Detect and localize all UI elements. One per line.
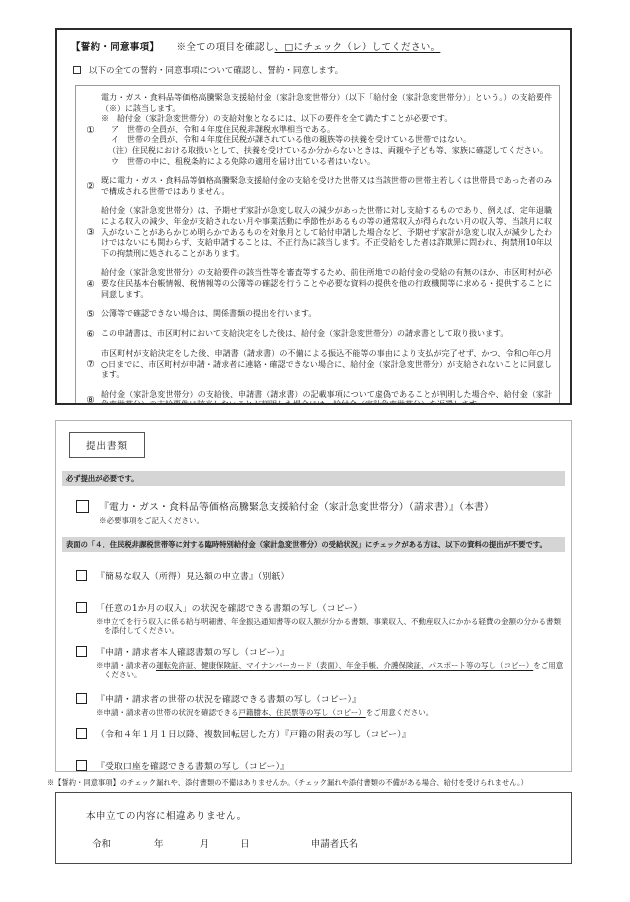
pledge-header: 【誓約・同意事項】 ※全ての項目を確認し、□にチェック（レ）してください。	[71, 39, 562, 53]
pledge-item-7-text: 市区町村が支給決定をした後、申請書（請求書）の不備による振込不能等の事由により支…	[101, 349, 552, 381]
doc-item-2-body: 「任意の1か月の収入」の状況を確認できる書類の写し（コピー） ※申立てを行う収入…	[96, 601, 565, 636]
doc-item-2: 「任意の1か月の収入」の状況を確認できる書類の写し（コピー） ※申立てを行う収入…	[76, 601, 565, 636]
doc-item-3-note: ※申請・請求者の運転免許証、健康保険証、マイナンバーカード（表面）、年金手帳、介…	[96, 661, 565, 680]
year-label: 年	[154, 836, 164, 850]
doc-item-6-label: 『受取口座を確認できる書類の写し（コピー）』	[96, 759, 565, 772]
declaration-text: 本申立ての内容に相違ありません。	[86, 808, 571, 822]
doc-item-2-checkbox[interactable]	[76, 602, 87, 613]
pledge-item-5-number: ⑤	[80, 309, 101, 320]
pledge-title: 【誓約・同意事項】	[71, 42, 159, 53]
doc-item-3-label: 『申請・請求者本人確認書類の写し（コピー）』	[96, 645, 565, 658]
pledge-item-6: ⑥ この申請書は、市区町村において支給決定をした後は、給付金（家計急変世帯分）の…	[80, 329, 552, 340]
doc-item-5-checkbox[interactable]	[76, 728, 87, 739]
doc-item-4-label: 『申請・請求者の世帯の状況を確認できる書類の写し（コピー）』	[96, 692, 565, 705]
pledge-item-1-line-1: 電力・ガス・食料品等価格高騰緊急支援給付金（家計急変世帯分）（以下「給付金（家計…	[101, 93, 552, 114]
doc-item-3-body: 『申請・請求者本人確認書類の写し（コピー）』 ※申請・請求者の運転免許証、健康保…	[96, 645, 565, 680]
pledge-item-2-text: 既に電力・ガス・食料品等価格高騰緊急支援給付金の支給を受けた世帯又は当該世帯の世…	[101, 176, 552, 197]
pledge-item-6-number: ⑥	[80, 329, 101, 340]
doc-item-5-body: （令和４年１月１日以降、複数回転居した方）『戸籍の附表の写し（コピー）』	[96, 727, 565, 740]
doc-item-6-checkbox[interactable]	[76, 760, 87, 771]
pledge-instruction-underlined: 、□にチェック（レ）してください。	[275, 42, 441, 53]
doc-main-checkbox[interactable]	[76, 500, 89, 513]
pledge-item-1-line-3: ア 世帯の全員が、令和４年度住民税非課税水準相当である。	[101, 125, 552, 136]
pledge-item-1-line-5: （注）住民税における取扱いとして、扶養を受けているか分からないときは、両親や子ど…	[101, 146, 552, 157]
date-signature-row: 令和 年 月 日 申請者氏名	[86, 836, 571, 850]
pledge-item-1-line-4: イ 世帯の全員が、令和４年度住民税が課されている他の親族等の扶養を受けている世帯…	[101, 135, 552, 146]
doc-item-4-body: 『申請・請求者の世帯の状況を確認できる書類の写し（コピー）』 ※申請・請求者の世…	[96, 692, 565, 718]
submission-documents-section: 提出書類 必ず提出が必要です。 『電力・ガス・食料品等価格高騰緊急支援給付金（家…	[55, 420, 572, 772]
pledge-item-4-number: ④	[80, 279, 101, 290]
doc-item-1-checkbox[interactable]	[76, 570, 87, 581]
doc-item-5-label: （令和４年１月１日以降、複数回転居した方）『戸籍の附表の写し（コピー）』	[96, 727, 565, 740]
submission-documents-label: 提出書類	[69, 432, 145, 458]
doc-main-note: ※必要事項をご記入ください。	[99, 516, 565, 526]
pledge-agreement-section: 【誓約・同意事項】 ※全ての項目を確認し、□にチェック（レ）してください。 以下…	[55, 28, 572, 405]
doc-item-2-note: ※申立てを行う収入に係る給与明細書、年金振込通知書等の収入額が分かる書類、事業収…	[96, 617, 565, 636]
doc-item-main: 『電力・ガス・食料品等価格高騰緊急支援給付金（家計急変世帯分）（請求書）』（本書…	[76, 499, 565, 526]
pledge-consent-text: 以下の全ての誓約・同意事項について確認し、誓約・同意します。	[89, 64, 343, 76]
pledge-item-2: ② 既に電力・ガス・食料品等価格高騰緊急支援給付金の支給を受けた世帯又は当該世帯…	[80, 176, 552, 197]
pledge-item-3: ③ 給付金（家計急変世帯分）は、予期せず家計が急変し収入の減少があった世帯に対し…	[80, 206, 552, 259]
pledge-item-8: ⑧ 給付金（家計急変世帯分）の支給後、申請書（請求書）の記載事項について虚偽であ…	[80, 390, 552, 405]
era-label: 令和	[92, 836, 111, 850]
doc-item-4-note-underlined: 戸籍謄本、住民票等の写し（コピー）	[239, 708, 366, 717]
doc-item-4-note: ※申請・請求者の世帯の状況を確認できる戸籍謄本、住民票等の写し（コピー）をご用意…	[96, 708, 565, 718]
pledge-item-3-text: 給付金（家計急変世帯分）は、予期せず家計が急変し収入の減少があった世帯に対し支給…	[101, 206, 552, 259]
pledge-item-1-line-6: ウ 世帯の中に、租税条約による免除の適用を届け出ている者はいない。	[101, 157, 552, 168]
pledge-item-1: ① 電力・ガス・食料品等価格高騰緊急支援給付金（家計急変世帯分）（以下「給付金（…	[80, 93, 552, 167]
pledge-item-2-number: ②	[80, 181, 101, 192]
pledge-item-4: ④ 給付金（家計急変世帯分）の支給要件の該当性等を審査等するため、前住所地での給…	[80, 268, 552, 300]
required-documents-bar: 必ず提出が必要です。	[62, 471, 565, 486]
footer-warning-text: ※【誓約・同意事項】のチェック漏れや、添付書類の不備はありませんか。（チェック漏…	[47, 778, 607, 788]
pledge-consent-checkbox[interactable]	[73, 66, 81, 74]
pledge-item-7: ⑦ 市区町村が支給決定をした後、申請書（請求書）の不備による振込不能等の事由によ…	[80, 349, 552, 381]
applicant-name-label: 申請者氏名	[311, 836, 359, 850]
month-label: 月	[200, 836, 210, 850]
doc-item-3-note-underlined: 運転免許証、健康保険証、マイナンバーカード（表面）、年金手帳、介護保険証、パスポ…	[156, 661, 533, 670]
doc-item-1-body: 『簡易な収入（所得）見込額の申立書』（別紙）	[96, 569, 565, 582]
doc-item-4-checkbox[interactable]	[76, 693, 87, 704]
pledge-item-8-text: 給付金（家計急変世帯分）の支給後、申請書（請求書）の記載事項について虚偽であるこ…	[101, 390, 552, 405]
doc-item-3-checkbox[interactable]	[76, 646, 87, 657]
pledge-item-6-text: この申請書は、市区町村において支給決定をした後は、給付金（家計急変世帯分）の請求…	[101, 329, 552, 340]
pledge-item-1-number: ①	[80, 125, 101, 136]
pledge-item-7-number: ⑦	[80, 359, 101, 370]
pledge-item-4-text: 給付金（家計急変世帯分）の支給要件の該当性等を審査等するため、前住所地での給付金…	[101, 268, 552, 300]
application-form-page: { "pledge": { "title": "【誓約・同意事項】", "ins…	[0, 0, 630, 902]
doc-main-body: 『電力・ガス・食料品等価格高騰緊急支援給付金（家計急変世帯分）（請求書）』（本書…	[99, 499, 565, 526]
doc-item-2-label: 「任意の1か月の収入」の状況を確認できる書類の写し（コピー）	[96, 601, 565, 614]
doc-main-label: 『電力・ガス・食料品等価格高騰緊急支援給付金（家計急変世帯分）（請求書）』（本書…	[99, 499, 565, 513]
doc-item-3: 『申請・請求者本人確認書類の写し（コピー）』 ※申請・請求者の運転免許証、健康保…	[76, 645, 565, 680]
pledge-item-1-line-2: ※ 給付金（家計急変世帯分）の支給対象となるには、以下の要件を全て満たすことが必…	[101, 114, 552, 125]
pledge-item-3-number: ③	[80, 227, 101, 238]
conditional-documents-bar: 表面の「４．住民税非課税世帯等に対する臨時特別給付金（家計急変世帯分）の受給状況…	[62, 537, 565, 552]
pledge-item-8-number: ⑧	[80, 395, 101, 405]
doc-item-6: 『受取口座を確認できる書類の写し（コピー）』 ※通帳やキャッシュカードの写し（コ…	[76, 759, 565, 772]
pledge-item-5-text: 公簿等で確認できない場合は、関係書類の提出を行います。	[101, 309, 552, 320]
pledge-instruction: ※全ての項目を確認し	[177, 42, 275, 53]
doc-item-1-label: 『簡易な収入（所得）見込額の申立書』（別紙）	[96, 569, 565, 582]
pledge-items-box: ① 電力・ガス・食料品等価格高騰緊急支援給付金（家計急変世帯分）（以下「給付金（…	[75, 85, 560, 405]
day-label: 日	[240, 836, 250, 850]
doc-item-5: （令和４年１月１日以降、複数回転居した方）『戸籍の附表の写し（コピー）』	[76, 727, 565, 740]
pledge-consent-row: 以下の全ての誓約・同意事項について確認し、誓約・同意します。	[71, 64, 562, 76]
pledge-item-1-text: 電力・ガス・食料品等価格高騰緊急支援給付金（家計急変世帯分）（以下「給付金（家計…	[101, 93, 552, 167]
pledge-item-5: ⑤ 公簿等で確認できない場合は、関係書類の提出を行います。	[80, 309, 552, 320]
doc-item-4: 『申請・請求者の世帯の状況を確認できる書類の写し（コピー）』 ※申請・請求者の世…	[76, 692, 565, 718]
signature-section: 本申立ての内容に相違ありません。 令和 年 月 日 申請者氏名	[55, 792, 572, 864]
doc-item-6-body: 『受取口座を確認できる書類の写し（コピー）』 ※通帳やキャッシュカードの写し（コ…	[96, 759, 565, 772]
doc-item-1: 『簡易な収入（所得）見込額の申立書』（別紙）	[76, 569, 565, 582]
